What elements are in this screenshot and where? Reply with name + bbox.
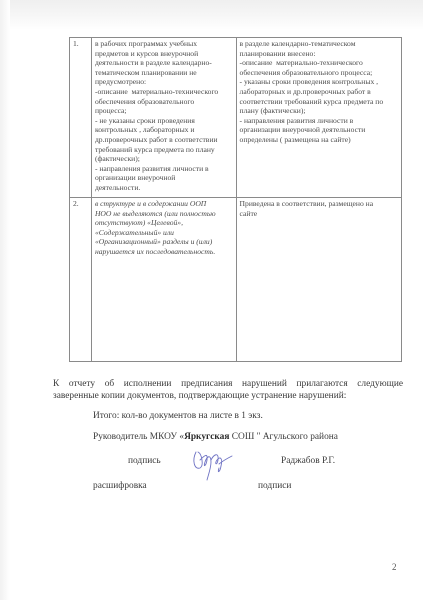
table-row: 2. в структуре и в содержании ООП НОО не… [70, 198, 402, 362]
table-row: 1. в рабочих программах учебных предмето… [70, 38, 402, 198]
violation-cell: в рабочих программах учебных предметов и… [91, 38, 236, 198]
text-line: «Организационный» разделы и (или) [95, 237, 234, 247]
text-line: - указаны сроки проведения контрольных , [240, 77, 399, 87]
text-line: в разделе календарно-тематическом [240, 39, 399, 49]
school-name: Яркугская [184, 432, 229, 442]
signature-label: подпись [128, 456, 161, 466]
text-line: отсутствуют) «Целевой», [95, 218, 234, 228]
decode-label: расшифровка [93, 481, 147, 491]
text-line: НОО не выделяются (или полностью [95, 209, 234, 219]
row-number: 2. [70, 198, 92, 362]
text-line: в рабочих программах учебных [95, 39, 234, 49]
text-line: - направления развития личности в [240, 116, 399, 126]
head-line: Руководитель МКОУ «Яркугская СОШ " Агуль… [93, 432, 338, 442]
remedy-cell: Приведена в соответствии, размещено на с… [236, 198, 401, 362]
page-number: 2 [392, 562, 397, 572]
text-line: лабораторных и др.проверочных работ в [240, 87, 399, 97]
text-line: плану (фактически); [240, 106, 399, 116]
violations-table: 1. в рабочих программах учебных предмето… [69, 37, 402, 362]
text-line: обеспечения образовательного [95, 97, 234, 107]
text-line: в структуре и в содержании ООП [95, 199, 234, 209]
text-line: организации внеурочной [95, 173, 234, 183]
text-line: деятельности в разделе календарно- [95, 58, 234, 68]
text-line: нарушается их последовательность. [95, 247, 234, 257]
scan-edge [0, 0, 10, 600]
row-number: 1. [70, 38, 92, 198]
text-line: предметов и курсов внеурочной [95, 49, 234, 59]
text-line: соответствии требований курса предмета п… [240, 97, 399, 107]
text-line: -описание материально-технического [95, 87, 234, 97]
scan-shadow [0, 0, 423, 30]
text-line: планировании внесено: [240, 49, 399, 59]
text-line: Приведена в соответствии, размещено на [240, 199, 399, 209]
text-line: организации внеурочной деятельности [240, 125, 399, 135]
text-line: (фактически); [95, 154, 234, 164]
text-line: тематическом планировании не [95, 68, 234, 78]
text-line: обеспечения образовательного процесса; [240, 68, 399, 78]
attachment-paragraph-line1: К отчету об исполнении предписания наруш… [53, 378, 403, 390]
signature-caption: подписи [258, 481, 291, 491]
attachment-paragraph-line2: заверенные копии документов, подтверждаю… [53, 390, 403, 402]
head-prefix: Руководитель МКОУ « [93, 432, 184, 442]
text-line: предусмотрено: [95, 77, 234, 87]
text-line: деятельности. [95, 183, 234, 193]
signatory-name: Раджабов Р.Г. [281, 456, 335, 466]
violation-cell: в структуре и в содержании ООП НОО не вы… [91, 198, 236, 362]
remedy-cell: в разделе календарно-тематическом планир… [236, 38, 401, 198]
head-suffix: СОШ " Агульского района [229, 432, 337, 442]
text-line: - направления развития личности в [95, 164, 234, 174]
text-line: «Содержательный» или [95, 228, 234, 238]
text-line: требований курса предмета по плану [95, 145, 234, 155]
text-line: процесса; [95, 106, 234, 116]
text-line: - не указаны сроки проведения [95, 116, 234, 126]
text-line: -описание материально-технического [240, 58, 399, 68]
total-documents-line: Итого: кол-во документов на листе в 1 эк… [93, 411, 263, 421]
signature-icon [190, 446, 234, 482]
text-line: сайте [240, 209, 399, 219]
text-line: контрольных , лабораторных и [95, 125, 234, 135]
text-line: др.проверочных работ в соответствии [95, 135, 234, 145]
text-line: определены ( размещена на сайте) [240, 135, 399, 145]
